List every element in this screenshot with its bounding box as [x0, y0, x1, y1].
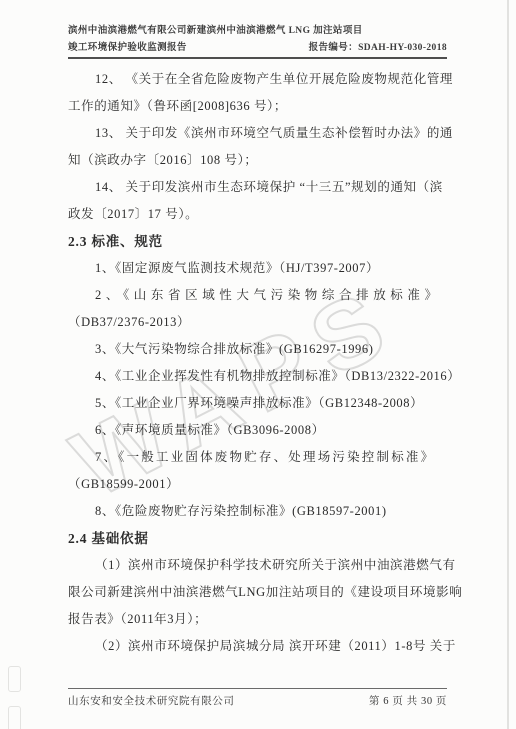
header-report-number: 报告编号：SDAH-HY-030-2018 — [309, 39, 447, 53]
text-line: 4、《工业企业挥发性有机物排放控制标准》（DB13/2322-2016） — [68, 363, 447, 390]
page-header: 滨州中油滨港燃气有限公司新建滨州中油滨港燃气 LNG 加注站项目 竣工环境保护验… — [68, 22, 447, 59]
text-line: 1、《固定源废气监测技术规范》（HJ/T397-2007） — [68, 255, 447, 282]
text-line: 7、《一般工业固体废物贮存、处理场污染控制标准》 — [68, 444, 447, 471]
section-heading: 2.4 基础依据 — [68, 525, 447, 552]
text-line: 限公司新建滨州中油滨港燃气LNG加注站项目的《建设项目环境影响 — [68, 579, 447, 606]
document-page: WAPS 滨州中油滨港燃气有限公司新建滨州中油滨港燃气 LNG 加注站项目 竣工… — [0, 0, 516, 729]
text-line: （1）滨州市环境保护科学技术研究所关于滨州中油滨港燃气有 — [68, 552, 447, 579]
page-footer: 山东安和安全技术研究院有限公司 第 6 页 共 30 页 — [68, 688, 447, 708]
text-line: 工作的通知》（鲁环函[2008]636 号）； — [68, 93, 447, 120]
text-line: 知（滨政办字〔2016〕108 号）； — [68, 147, 447, 174]
section-heading: 2.3 标准、规范 — [68, 228, 447, 255]
text-line: （GB18599-2001） — [68, 471, 447, 498]
text-line: 3、《大气污染物综合排放标准》(GB16297-1996) — [68, 336, 447, 363]
text-line: 报告表》（2011年3月）； — [68, 606, 447, 633]
header-second-row: 竣工环境保护验收监测报告 报告编号：SDAH-HY-030-2018 — [68, 39, 447, 53]
text-line: 13、 关于印发《滨州市环境空气质量生态补偿暂时办法》的通 — [68, 120, 447, 147]
text-line: （DB37/2376-2013） — [68, 309, 447, 336]
text-line: 14、 关于印发滨州市生态环境保护 “十三五”规划的通知（滨 — [68, 174, 447, 201]
footer-page-number: 第 6 页 共 30 页 — [369, 693, 447, 708]
text-line: 6、《声环境质量标准》（GB3096-2008） — [68, 417, 447, 444]
text-line: 2、《山东省区域性大气污染物综合排放标准》 — [68, 282, 447, 309]
body-lines: 12、 《关于在全省危险废物产生单位开展危险废物规范化管理工作的通知》（鲁环函[… — [68, 66, 447, 660]
text-line: 12、 《关于在全省危险废物产生单位开展危险废物规范化管理 — [68, 66, 447, 93]
punch-hole-mark — [8, 666, 21, 692]
text-line: （2）滨州市环境保护局滨城分局 滨开环建（2011）1-8号 关于 — [68, 633, 447, 660]
text-line: 5、《工业企业厂界环境噪声排放标准》（GB12348-2008） — [68, 390, 447, 417]
text-line: 8、《危险废物贮存污染控制标准》(GB18597-2001) — [68, 498, 447, 525]
punch-hole-mark — [8, 706, 21, 729]
page-edge-shadow — [507, 0, 509, 729]
footer-company-name: 山东安和安全技术研究院有限公司 — [68, 693, 235, 708]
text-line: 政发〔2017〕17 号）。 — [68, 201, 447, 228]
header-project-title: 滨州中油滨港燃气有限公司新建滨州中油滨港燃气 LNG 加注站项目 — [68, 22, 447, 36]
header-doc-type: 竣工环境保护验收监测报告 — [68, 39, 187, 53]
